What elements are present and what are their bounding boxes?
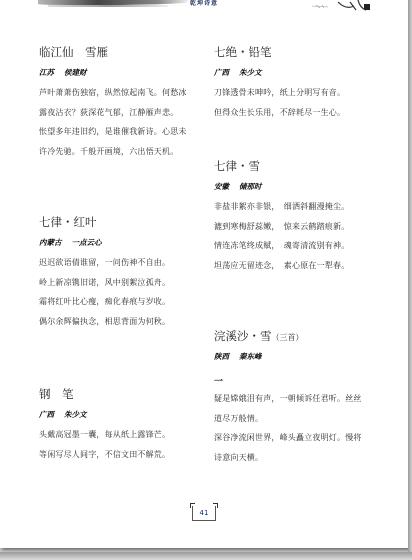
poem-title-suffix: （三首） bbox=[272, 333, 304, 342]
poem-body: 芦叶萧萧伤独宿，纵然惊起南飞。何愁冰 露夜沾衣？荻深花气郁，江静雁声悲。 怅望多… bbox=[39, 89, 187, 156]
poem-author: 江苏侯建财 bbox=[39, 67, 187, 78]
author-name: 朱少文 bbox=[64, 410, 87, 419]
poem-line: 疑是嫦娥泪有声，一朝倾诉任君听。丝丝 bbox=[214, 395, 362, 403]
page-number: 41 bbox=[192, 506, 216, 521]
document-page: 乾坤诗意 临江仙 雪雁 江苏侯建财 芦叶萧萧伤独宿，纵然惊起南飞。何愁冰 露夜沾… bbox=[0, 0, 408, 548]
poem-line: 漉到寒梅舒蕊嫩， 惊来云鹤踏痕新。 bbox=[214, 223, 349, 231]
author-region: 广西 bbox=[39, 410, 54, 419]
poem-body: 非盐非絮亦非银， 细洒斜翻漫掩尘。 漉到寒梅舒蕊嫩， 惊来云鹤踏痕新。 情连冻笔… bbox=[214, 203, 349, 270]
author-name: 朱少文 bbox=[239, 68, 262, 77]
poem-line: 露夜沾衣？荻深花气郁，江静雁声悲。 bbox=[39, 109, 187, 117]
poem-line: 诗意向天横。 bbox=[214, 454, 362, 462]
author-name: 侯建财 bbox=[64, 68, 87, 77]
poem-author: 广西朱少文 bbox=[214, 67, 345, 78]
author-region: 陕西 bbox=[214, 352, 229, 361]
author-name: 一点云心 bbox=[72, 238, 102, 247]
poem-line: 头戴高冠墨一囊，每从纸上露锋芒。 bbox=[39, 431, 170, 439]
viewer-scroll-edge bbox=[408, 0, 412, 560]
ink-wash-decoration-line bbox=[48, 5, 168, 7]
poem-line: 偶尔余辉偏执念，相思背面为何秋。 bbox=[39, 318, 170, 326]
poem-linjiangxian: 临江仙 雪雁 江苏侯建财 芦叶萧萧伤独宿，纵然惊起南飞。何愁冰 露夜沾衣？荻深花… bbox=[39, 44, 187, 156]
right-column: 七绝・铅笔 广西朱少文 刀锋透骨未呻吟，纸上分明写有音。 但得众生长乐用，不辞耗… bbox=[214, 44, 345, 128]
poem-huanxisha-xue: 浣溪沙・雪（三首） 陕西秦东峰 一 疑是嫦娥泪有声，一朝倾诉任君听。丝丝 道尽万… bbox=[214, 328, 362, 462]
poem-line: 怅望多年违旧约，是谁催我新诗。心思未 bbox=[39, 128, 187, 136]
author-region: 内蒙古 bbox=[39, 238, 62, 247]
poem-line: 非盐非絮亦非银， 细洒斜翻漫掩尘。 bbox=[214, 203, 349, 211]
poem-line: 情连冻笔终成赋， 魂寄清流别有神。 bbox=[214, 242, 349, 250]
left-column: 临江仙 雪雁 江苏侯建财 芦叶萧萧伤独宿，纵然惊起南飞。何愁冰 露夜沾衣？荻深花… bbox=[39, 44, 187, 167]
poem-title-text: 浣溪沙・雪 bbox=[214, 329, 272, 343]
next-page-edge[interactable] bbox=[0, 552, 412, 560]
author-region: 安徽 bbox=[214, 182, 229, 191]
left-column-poem-2: 七律・红叶 内蒙古一点云心 迟迟欲语倩谁留，一问伤神不自由。 岭上新凉镌旧诺，风… bbox=[39, 214, 170, 337]
poem-title: 七律・红叶 bbox=[39, 214, 170, 230]
poem-body: 疑是嫦娥泪有声，一朝倾诉任君听。丝丝 道尽万般情。 深谷净流闲世界，峰头矗立夜明… bbox=[214, 395, 362, 462]
right-column-poem-3: 浣溪沙・雪（三首） 陕西秦东峰 一 疑是嫦娥泪有声，一朝倾诉任君听。丝丝 道尽万… bbox=[214, 328, 362, 473]
poem-title: 七律・雪 bbox=[214, 158, 349, 174]
poem-author: 陕西秦东峰 bbox=[214, 351, 362, 362]
poem-body: 头戴高冠墨一囊，每从纸上露锋芒。 等闲写尽人间字，不信文田不解荒。 bbox=[39, 431, 170, 459]
running-header-title: 乾坤诗意 bbox=[190, 0, 218, 7]
poem-body: 刀锋透骨未呻吟，纸上分明写有音。 但得众生长乐用，不辞耗尽一生心。 bbox=[214, 89, 345, 117]
poem-line: 芦叶萧萧伤独宿，纵然惊起南飞。何愁冰 bbox=[39, 89, 187, 97]
author-name: 储那时 bbox=[239, 182, 262, 191]
plum-branch-icon bbox=[310, 0, 370, 12]
poem-line: 但得众生长乐用，不辞耗尽一生心。 bbox=[214, 109, 345, 117]
poem-title: 临江仙 雪雁 bbox=[39, 44, 187, 60]
poem-author: 广西朱少文 bbox=[39, 409, 170, 420]
poem-line: 坦荡应无留迹念， 素心原在一犁春。 bbox=[214, 262, 349, 270]
section-number: 一 bbox=[214, 374, 362, 387]
poem-body: 迟迟欲语倩谁留，一问伤神不自由。 岭上新凉镌旧诺，风中别絮泣孤舟。 霜将红叶比心… bbox=[39, 259, 170, 326]
poem-line: 霜将红叶比心瘦，痴化春痕与岁收。 bbox=[39, 298, 170, 306]
poem-qilv-hongye: 七律・红叶 内蒙古一点云心 迟迟欲语倩谁留，一问伤神不自由。 岭上新凉镌旧诺，风… bbox=[39, 214, 170, 326]
poem-author: 内蒙古一点云心 bbox=[39, 237, 170, 248]
poem-line: 岭上新凉镌旧诺，风中别絮泣孤舟。 bbox=[39, 279, 170, 287]
left-column-poem-3: 钢 笔 广西朱少文 头戴高冠墨一囊，每从纸上露锋芒。 等闲写尽人间字，不信文田不… bbox=[39, 386, 170, 470]
poem-title: 钢 笔 bbox=[39, 386, 170, 402]
poem-line: 许冷先驰。千般开画境，六出悟天机。 bbox=[39, 148, 187, 156]
poem-author: 安徽储那时 bbox=[214, 181, 349, 192]
poem-line: 等闲写尽人间字，不信文田不解荒。 bbox=[39, 451, 170, 459]
poem-title: 浣溪沙・雪（三首） bbox=[214, 328, 362, 344]
poem-line: 道尽万般情。 bbox=[214, 415, 362, 423]
page-header-banner: 乾坤诗意 bbox=[38, 0, 370, 12]
poem-gangbi: 钢 笔 广西朱少文 头戴高冠墨一囊，每从纸上露锋芒。 等闲写尽人间字，不信文田不… bbox=[39, 386, 170, 459]
author-region: 广西 bbox=[214, 68, 229, 77]
poem-title: 七绝・铅笔 bbox=[214, 44, 345, 60]
poem-qilv-xue: 七律・雪 安徽储那时 非盐非絮亦非银， 细洒斜翻漫掩尘。 漉到寒梅舒蕊嫩， 惊来… bbox=[214, 158, 349, 270]
author-region: 江苏 bbox=[39, 68, 54, 77]
poem-line: 刀锋透骨未呻吟，纸上分明写有音。 bbox=[214, 89, 345, 97]
right-column-poem-2: 七律・雪 安徽储那时 非盐非絮亦非银， 细洒斜翻漫掩尘。 漉到寒梅舒蕊嫩， 惊来… bbox=[214, 158, 349, 281]
poem-line: 深谷净流闲世界，峰头矗立夜明灯。慢将 bbox=[214, 434, 362, 442]
author-name: 秦东峰 bbox=[239, 352, 262, 361]
poem-qijue-qianbi: 七绝・铅笔 广西朱少文 刀锋透骨未呻吟，纸上分明写有音。 但得众生长乐用，不辞耗… bbox=[214, 44, 345, 117]
poem-line: 迟迟欲语倩谁留，一问伤神不自由。 bbox=[39, 259, 170, 267]
